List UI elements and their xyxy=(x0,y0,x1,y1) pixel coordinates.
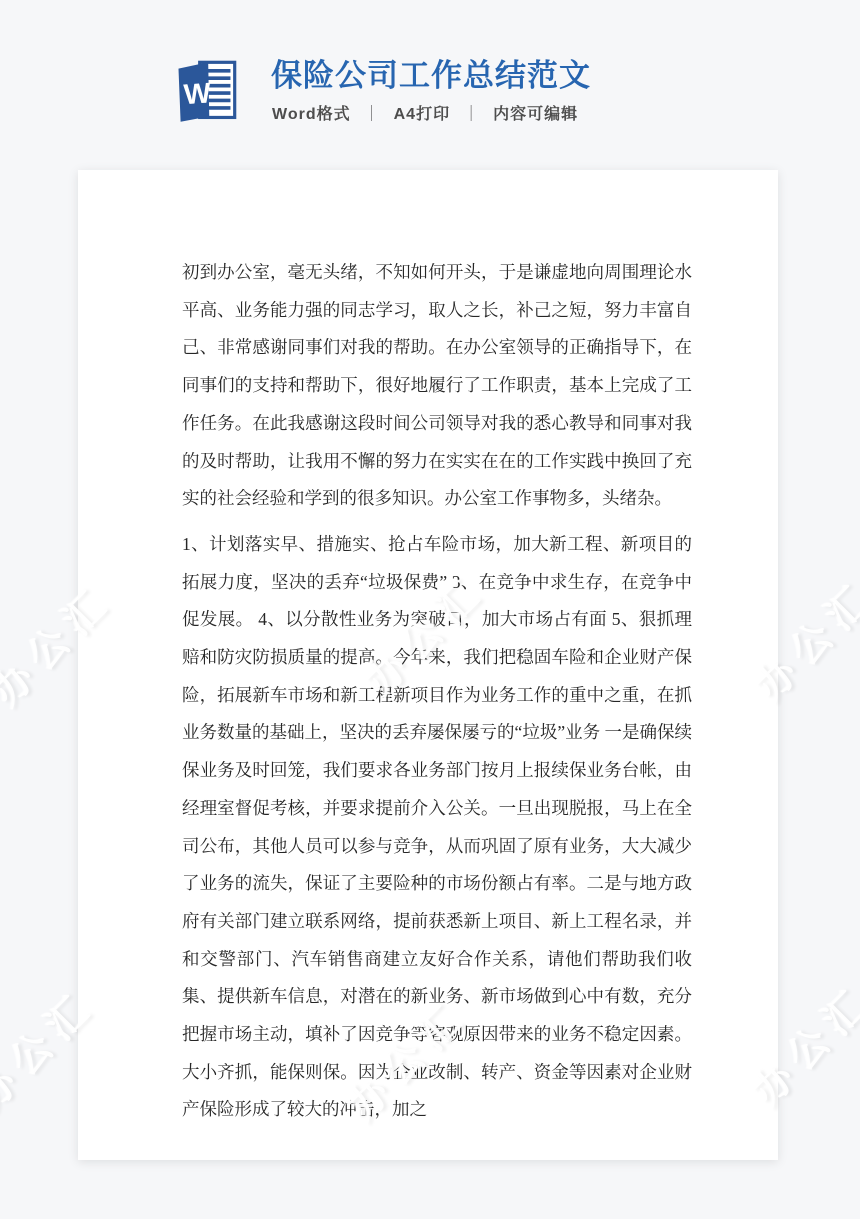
subtitle-separator: ｜ xyxy=(364,101,381,124)
subtitle-item-word-format: Word格式 xyxy=(272,106,351,123)
paragraph: 初到办公室，毫无头绪，不知如何开头，于是谦虚地向周围理论水平高、业务能力强的同志… xyxy=(182,254,692,518)
page-title: 保险公司工作总结范文 xyxy=(271,50,591,95)
subtitle-item-editable: 内容可编辑 xyxy=(493,106,578,123)
format-info: Word格式｜A4打印｜内容可编辑 xyxy=(272,101,578,124)
word-logo-icon: W xyxy=(170,58,240,126)
word-logo-letter: W xyxy=(183,77,212,111)
document-text: 初到办公室，毫无头绪，不知如何开头，于是谦虚地向周围理论水平高、业务能力强的同志… xyxy=(182,254,692,1137)
subtitle-separator: ｜ xyxy=(463,101,480,124)
document-page: 初到办公室，毫无头绪，不知如何开头，于是谦虚地向周围理论水平高、业务能力强的同志… xyxy=(78,170,778,1160)
subtitle-item-a4-print: A4打印 xyxy=(394,106,450,123)
paragraph: 1、计划落实早、措施实、抢占车险市场，加大新工程、新项目的拓展力度，坚决的丢弃“… xyxy=(182,526,692,1129)
